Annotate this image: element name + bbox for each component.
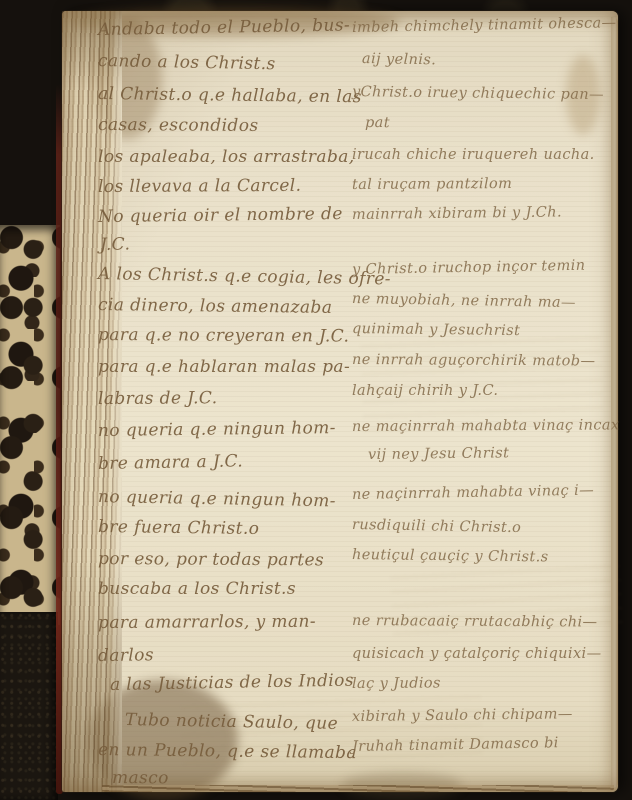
manuscript-line: y Christ.o iruchop inçor temin xyxy=(352,258,586,278)
manuscript-line: al Christ.o q.e hallaba, en las xyxy=(98,84,362,107)
manuscript-line: masco xyxy=(112,768,169,788)
manuscript-line: mainrrah xibiram bi y J.Ch. xyxy=(352,204,562,223)
manuscript-line: heutiçul çauçiç y Christ.s xyxy=(352,547,549,565)
manuscript-line: lahçaij chirih y J.C. xyxy=(352,383,498,399)
manuscript-line: Andaba todo el Pueblo, bus- xyxy=(98,15,350,40)
manuscript-line: A los Christ.s q.e cogia, les ofre- xyxy=(98,264,391,289)
manuscript-line: ne muyobiah, ne inrrah ma— xyxy=(352,291,576,311)
manuscript-line: a las Justicias de los Indios xyxy=(110,671,354,695)
manuscript-line: para q.e hablaran malas pa- xyxy=(98,357,350,377)
manuscript-line: ne inrrah aguçorchirik matob— xyxy=(352,352,595,369)
manuscript-line: bre fuera Christ.o xyxy=(98,517,260,539)
manuscript-line: J.C. xyxy=(100,234,131,255)
manuscript-line: yChrist.o iruey chiquechic pan— xyxy=(352,84,604,103)
manuscript-line: quisicach y çatalçoriç chiquixi— xyxy=(352,646,601,662)
manuscript-line: Jruhah tinamit Damasco bi xyxy=(352,735,559,755)
manuscript-line: buscaba a los Christ.s xyxy=(98,579,296,599)
manuscript-line: por eso, por todas partes xyxy=(98,549,324,570)
manuscript-line: pat xyxy=(365,115,390,131)
manuscript-line: labras de J.C. xyxy=(98,388,218,409)
manuscript-line: No queria oir el nombre de xyxy=(98,204,343,227)
manuscript-line: cando a los Christ.s xyxy=(98,51,276,74)
manuscript-photo: { "colors": { "background": "#15110d", "… xyxy=(0,0,632,800)
manuscript-line: no queria q.e ningun hom- xyxy=(98,487,336,511)
manuscript-line: imbeh chimchely tinamit ohesca— xyxy=(352,15,617,36)
manuscript-line: ne maçinrrah mahabta vinaç incax xyxy=(352,417,620,435)
page-text-layer: Andaba todo el Pueblo, bus-cando a los C… xyxy=(0,0,632,800)
manuscript-line: los llevava a la Carcel. xyxy=(98,176,302,197)
manuscript-line: ne rrubacaaiç rrutacabhiç chi— xyxy=(352,613,598,630)
manuscript-line: quinimah y Jesuchrist xyxy=(352,321,520,339)
manuscript-line: rusdiquili chi Christ.o xyxy=(352,517,522,536)
manuscript-line: para q.e no creyeran en J.C. xyxy=(98,325,349,347)
manuscript-line: darlos xyxy=(98,645,154,666)
manuscript-line: tal iruçam pantzilom xyxy=(352,176,512,193)
manuscript-line: xibirah y Saulo chi chipam— xyxy=(352,706,573,725)
manuscript-line: laç y Judios xyxy=(352,675,441,692)
manuscript-line: aij yelnis. xyxy=(362,51,437,68)
manuscript-line: ne naçinrrah mahabta vinaç i— xyxy=(352,483,594,503)
manuscript-line: en un Pueblo, q.e se llamaba xyxy=(98,740,357,763)
manuscript-line: casas, escondidos xyxy=(98,115,259,136)
manuscript-line: Tubo noticia Saulo, que xyxy=(125,710,338,734)
manuscript-line: vij ney Jesu Christ xyxy=(368,445,509,463)
manuscript-line: cia dinero, los amenazaba xyxy=(98,295,333,318)
manuscript-line: los apaleaba, los arrastraba, xyxy=(98,147,355,167)
manuscript-line: bre amara a J.C. xyxy=(98,451,244,474)
manuscript-line: para amarrarlos, y man- xyxy=(98,612,316,633)
manuscript-line: irucah chiche iruquereh uacha. xyxy=(352,147,595,163)
manuscript-line: no queria q.e ningun hom- xyxy=(98,418,336,441)
